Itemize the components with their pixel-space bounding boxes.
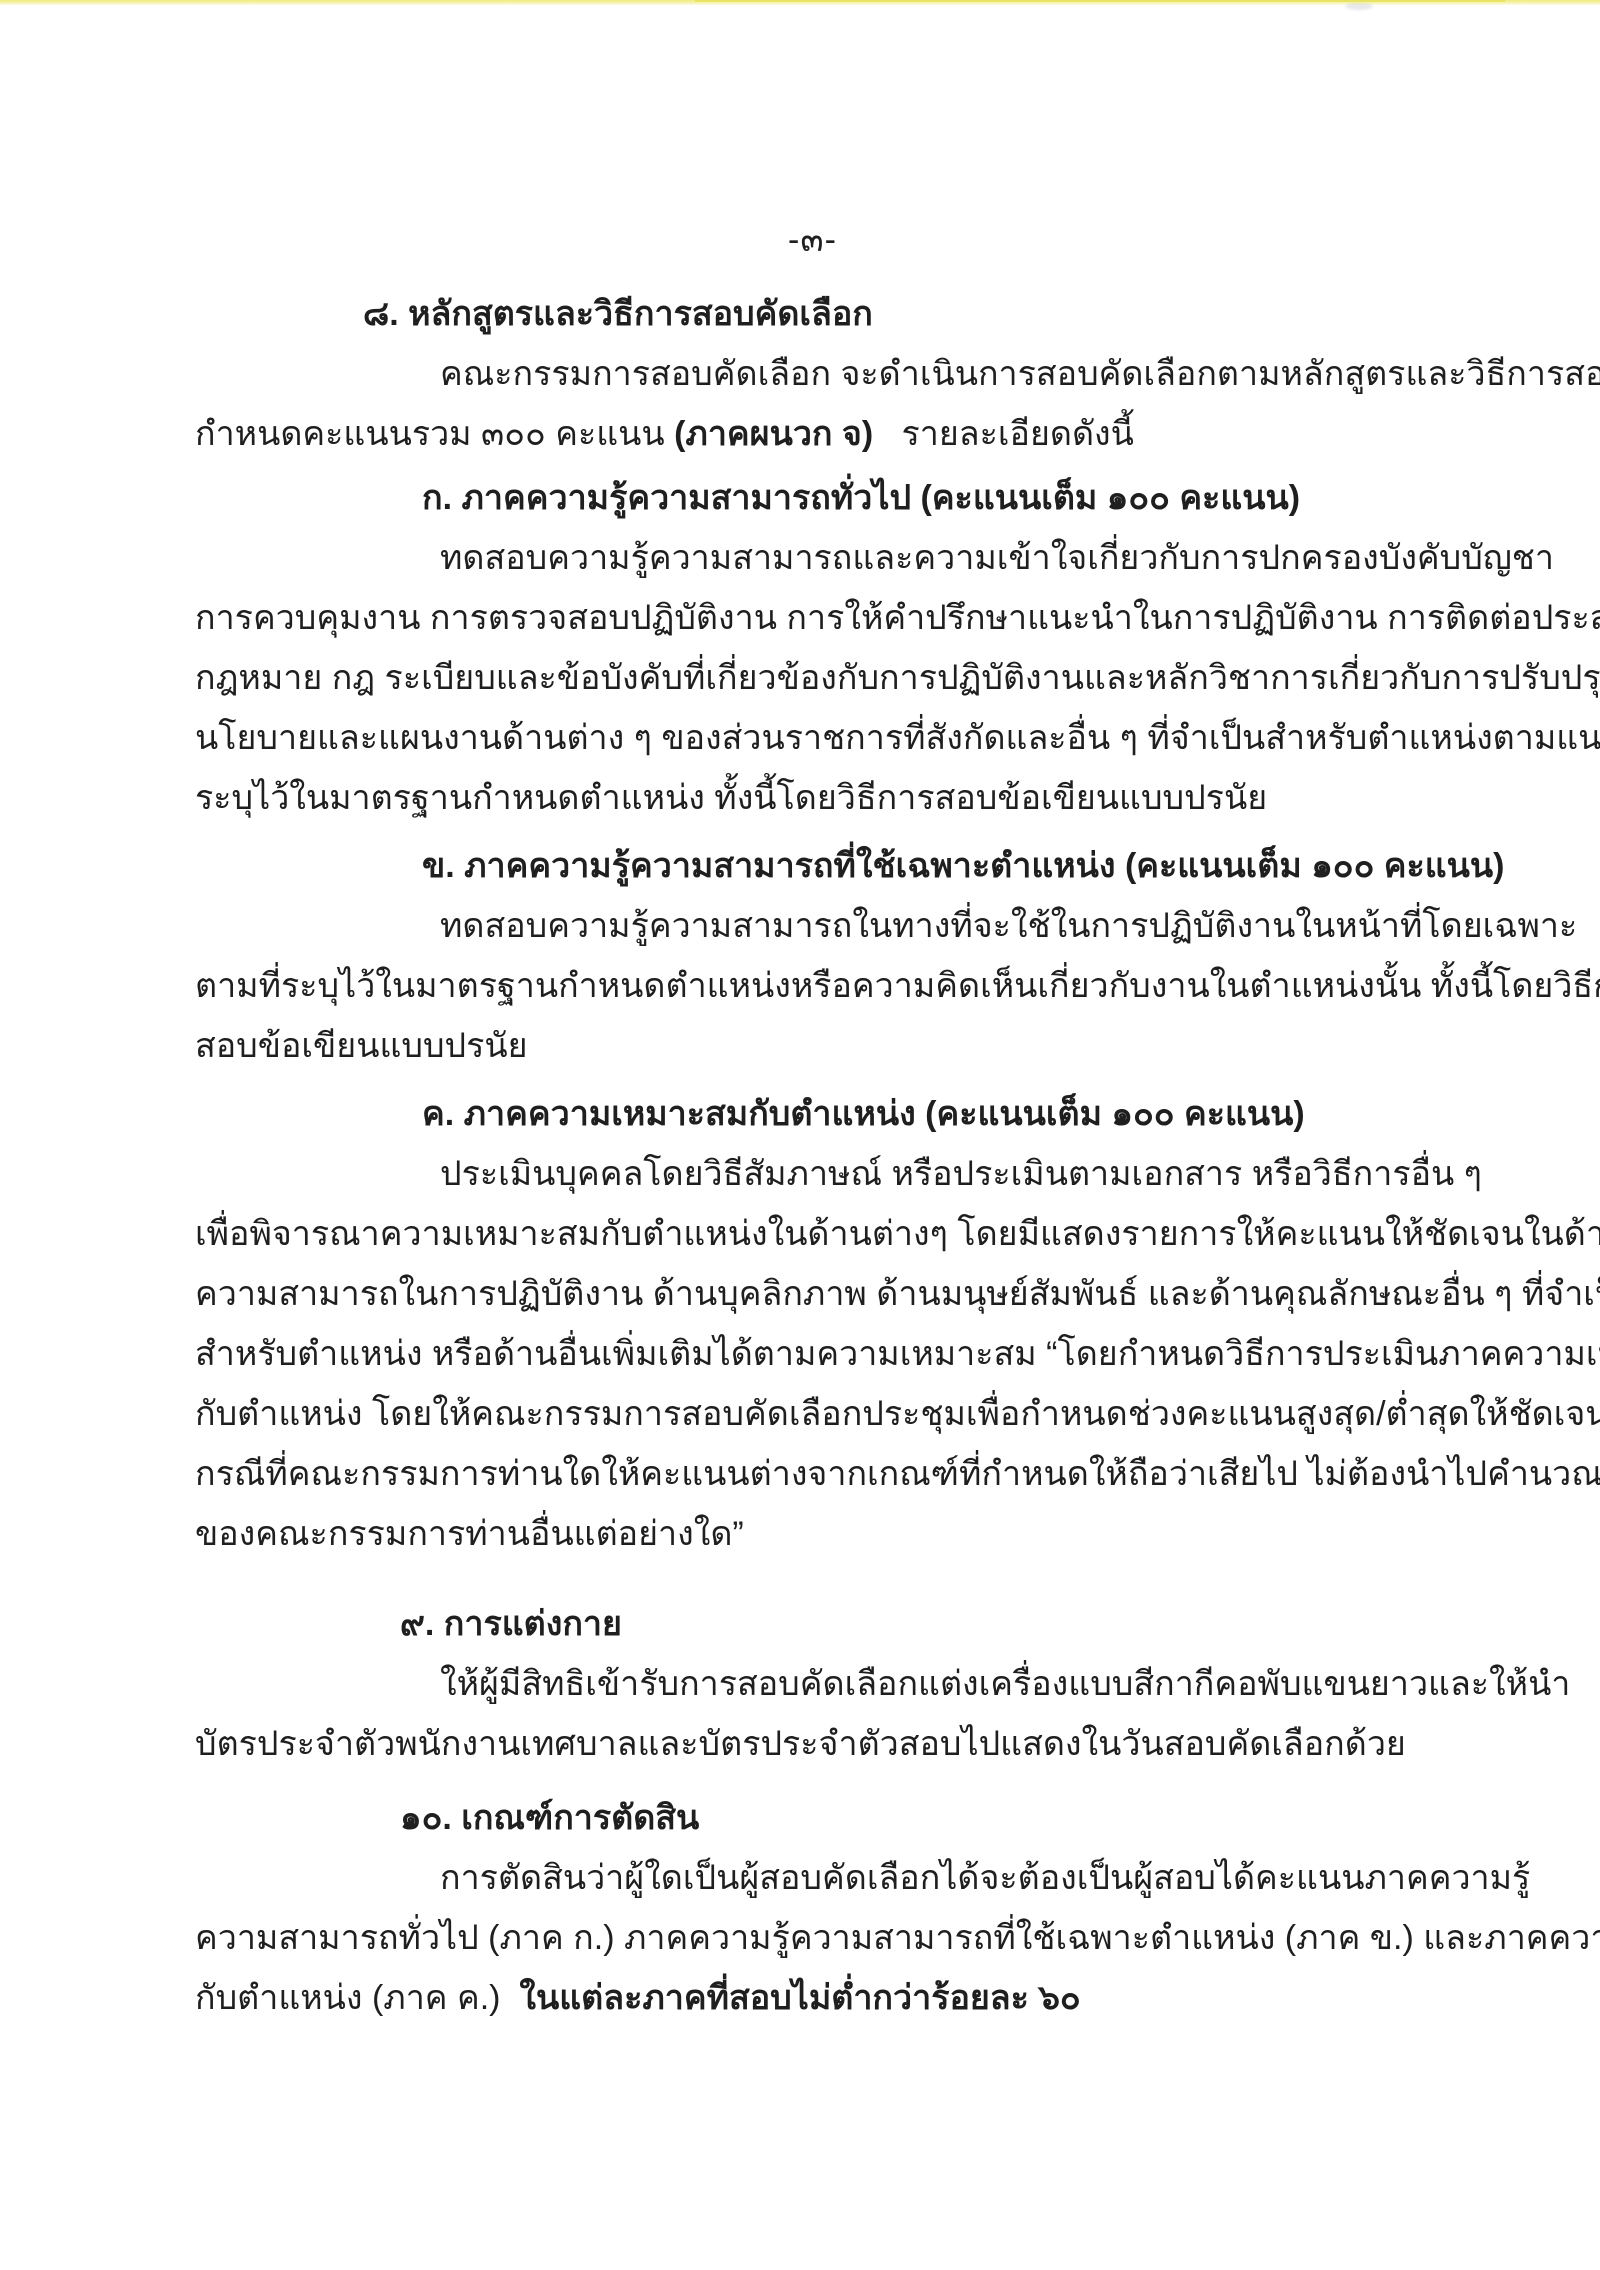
text-run: กับตำแหน่ง (ภาค ค.) [195, 1979, 519, 2017]
text-run: ๙. การแต่งกาย [400, 1605, 622, 1643]
text-run: กับตำแหน่ง โดยให้คณะกรรมการสอบคัดเลือกปร… [195, 1395, 1600, 1433]
part-a-paragraph-line: กฎหมาย กฎ ระเบียบและข้อบังคับที่เกี่ยวข้… [195, 648, 1430, 708]
document-page: -๓-๘. หลักสูตรและวิธีการสอบคัดเลือกคณะกร… [0, 0, 1600, 2270]
part-c-paragraph-line: สำหรับตำแหน่ง หรือด้านอื่นเพิ่มเติมได้ตา… [195, 1324, 1430, 1384]
section-9-paragraph-line: ให้ผู้มีสิทธิเข้ารับการสอบคัดเลือกแต่งเค… [195, 1654, 1430, 1714]
part-c-paragraph-line: ความสามารถในการปฏิบัติงาน ด้านบุคลิกภาพ … [195, 1264, 1430, 1324]
text-run: กฎหมาย กฎ ระเบียบและข้อบังคับที่เกี่ยวข้… [195, 659, 1600, 697]
section-8-paragraph-line: กำหนดคะแนนรวม ๓๐๐ คะแนน (ภาคผนวก จ) รายล… [195, 404, 1430, 464]
section-8-paragraph-line: คณะกรรมการสอบคัดเลือก จะดำเนินการสอบคัดเ… [195, 344, 1430, 404]
part-b-paragraph-line: สอบข้อเขียนแบบปรนัย [195, 1016, 1430, 1076]
part-c-heading: ค. ภาคความเหมาะสมกับตำแหน่ง (คะแนนเต็ม ๑… [195, 1084, 1430, 1144]
part-a-paragraph-line: นโยบายและแผนงานด้านต่าง ๆ ของส่วนราชการท… [195, 708, 1430, 768]
section-9-paragraph-line: บัตรประจำตัวพนักงานเทศบาลและบัตรประจำตัว… [195, 1714, 1430, 1774]
part-b-heading: ข. ภาคความรู้ความสามารถที่ใช้เฉพาะตำแหน่… [195, 836, 1430, 896]
text-run: สอบข้อเขียนแบบปรนัย [195, 1027, 528, 1065]
section-10-paragraph-line: กับตำแหน่ง (ภาค ค.) ในแต่ละภาคที่สอบไม่ต… [195, 1968, 1430, 2028]
text-run: ก. ภาคความรู้ความสามารถทั่วไป (คะแนนเต็ม… [422, 479, 1300, 517]
text-run: เพื่อพิจารณาความเหมาะสมกับตำแหน่งในด้านต… [195, 1215, 1600, 1253]
part-c-paragraph-line: กรณีที่คณะกรรมการท่านใดให้คะแนนต่างจากเก… [195, 1444, 1430, 1504]
text-run: คณะกรรมการสอบคัดเลือก จะดำเนินการสอบคัดเ… [440, 355, 1600, 393]
text-run: นโยบายและแผนงานด้านต่าง ๆ ของส่วนราชการท… [195, 719, 1600, 757]
text-run: กรณีที่คณะกรรมการท่านใดให้คะแนนต่างจากเก… [195, 1455, 1600, 1493]
part-a-heading: ก. ภาคความรู้ความสามารถทั่วไป (คะแนนเต็ม… [195, 468, 1430, 528]
text-run: การควบคุมงาน การตรวจสอบปฏิบัติงาน การให้… [195, 599, 1600, 637]
part-c-paragraph-line: ประเมินบุคคลโดยวิธีสัมภาษณ์ หรือประเมินต… [195, 1144, 1430, 1204]
text-run: ให้ผู้มีสิทธิเข้ารับการสอบคัดเลือกแต่งเค… [440, 1665, 1570, 1703]
text-run: ค. ภาคความเหมาะสมกับตำแหน่ง (คะแนนเต็ม ๑… [422, 1095, 1305, 1133]
section-10-heading: ๑๐. เกณฑ์การตัดสิน [195, 1788, 1430, 1848]
section-9-heading: ๙. การแต่งกาย [195, 1594, 1430, 1654]
text-run: ของคณะกรรมการท่านอื่นแต่อย่างใด” [195, 1515, 744, 1553]
text-run: กำหนดคะแนนรวม ๓๐๐ คะแนน [195, 415, 674, 453]
part-b-paragraph-line: ทดสอบความรู้ความสามารถในทางที่จะใช้ในการ… [195, 896, 1430, 956]
text-run: (ภาคผนวก จ) [674, 415, 873, 453]
text-run: บัตรประจำตัวพนักงานเทศบาลและบัตรประจำตัว… [195, 1725, 1406, 1763]
document-lines: -๓-๘. หลักสูตรและวิธีการสอบคัดเลือกคณะกร… [0, 0, 1600, 2028]
text-run: ทดสอบความรู้ความสามารถและความเข้าใจเกี่ย… [440, 539, 1554, 577]
part-c-paragraph-line: กับตำแหน่ง โดยให้คณะกรรมการสอบคัดเลือกปร… [195, 1384, 1430, 1444]
text-run: ในแต่ละภาคที่สอบไม่ต่ำกว่าร้อยละ ๖๐ [519, 1979, 1080, 2017]
text-run: ตามที่ระบุไว้ในมาตรฐานกำหนดตำแหน่งหรือคว… [195, 967, 1600, 1005]
text-run: ๘. หลักสูตรและวิธีการสอบคัดเลือก [363, 295, 873, 333]
text-run: ข. ภาคความรู้ความสามารถที่ใช้เฉพาะตำแหน่… [422, 847, 1505, 885]
text-run: -๓- [788, 221, 837, 259]
text-run: ความสามารถทั่วไป (ภาค ก.) ภาคความรู้ความ… [195, 1919, 1600, 1957]
section-8-heading: ๘. หลักสูตรและวิธีการสอบคัดเลือก [195, 284, 1430, 344]
text-run: การตัดสินว่าผู้ใดเป็นผู้สอบคัดเลือกได้จะ… [440, 1859, 1530, 1897]
section-10-paragraph-line: การตัดสินว่าผู้ใดเป็นผู้สอบคัดเลือกได้จะ… [195, 1848, 1430, 1908]
text-run: ประเมินบุคคลโดยวิธีสัมภาษณ์ หรือประเมินต… [440, 1155, 1482, 1193]
text-run: สำหรับตำแหน่ง หรือด้านอื่นเพิ่มเติมได้ตา… [195, 1335, 1600, 1373]
part-a-paragraph-line: ทดสอบความรู้ความสามารถและความเข้าใจเกี่ย… [195, 528, 1430, 588]
part-a-paragraph-line: ระบุไว้ในมาตรฐานกำหนดตำแหน่ง ทั้งนี้โดยว… [195, 768, 1430, 828]
text-run: ทดสอบความรู้ความสามารถในทางที่จะใช้ในการ… [440, 907, 1577, 945]
text-run: รายละเอียดดังนี้ [873, 415, 1134, 453]
text-run: ๑๐. เกณฑ์การตัดสิน [400, 1799, 699, 1837]
page-number: -๓- [195, 210, 1430, 270]
section-10-paragraph-line: ความสามารถทั่วไป (ภาค ก.) ภาคความรู้ความ… [195, 1908, 1430, 1968]
part-a-paragraph-line: การควบคุมงาน การตรวจสอบปฏิบัติงาน การให้… [195, 588, 1430, 648]
text-run: ความสามารถในการปฏิบัติงาน ด้านบุคลิกภาพ … [195, 1275, 1600, 1313]
text-run: ระบุไว้ในมาตรฐานกำหนดตำแหน่ง ทั้งนี้โดยว… [195, 779, 1267, 817]
part-c-paragraph-line: ของคณะกรรมการท่านอื่นแต่อย่างใด” [195, 1504, 1430, 1564]
part-c-paragraph-line: เพื่อพิจารณาความเหมาะสมกับตำแหน่งในด้านต… [195, 1204, 1430, 1264]
part-b-paragraph-line: ตามที่ระบุไว้ในมาตรฐานกำหนดตำแหน่งหรือคว… [195, 956, 1430, 1016]
